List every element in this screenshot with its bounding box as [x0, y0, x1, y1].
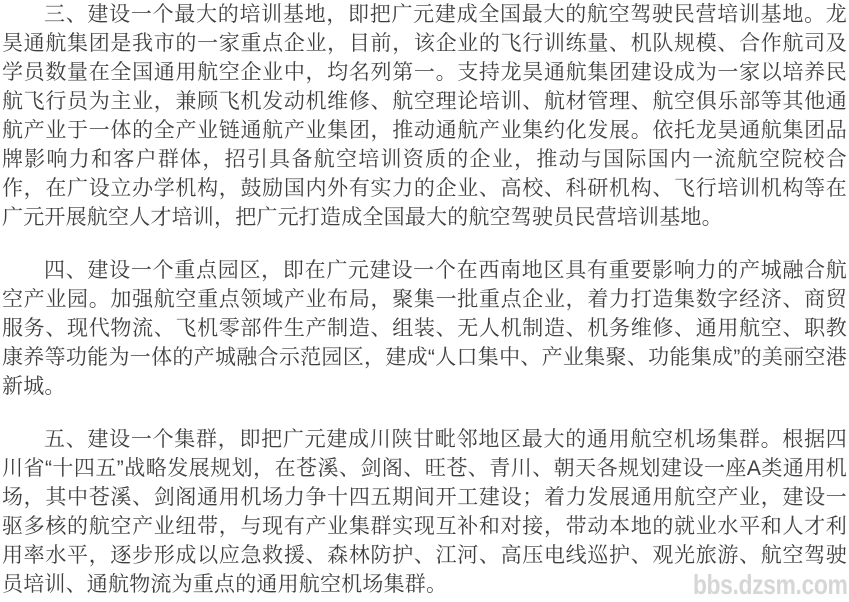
paragraph-training-base: 三、建设一个最大的培训基地，即把广元建成全国最大的航空驾驶民营培训基地。龙昊通航…: [2, 0, 847, 232]
paragraph-industrial-park: 四、建设一个重点园区，即在广元建设一个在西南地区具有重要影响力的产城融合航空产业…: [2, 256, 847, 401]
site-watermark: bbs.dzsm.com: [692, 569, 847, 601]
document-body: 三、建设一个最大的培训基地，即把广元建成全国最大的航空驾驶民营培训基地。龙昊通航…: [0, 0, 849, 599]
